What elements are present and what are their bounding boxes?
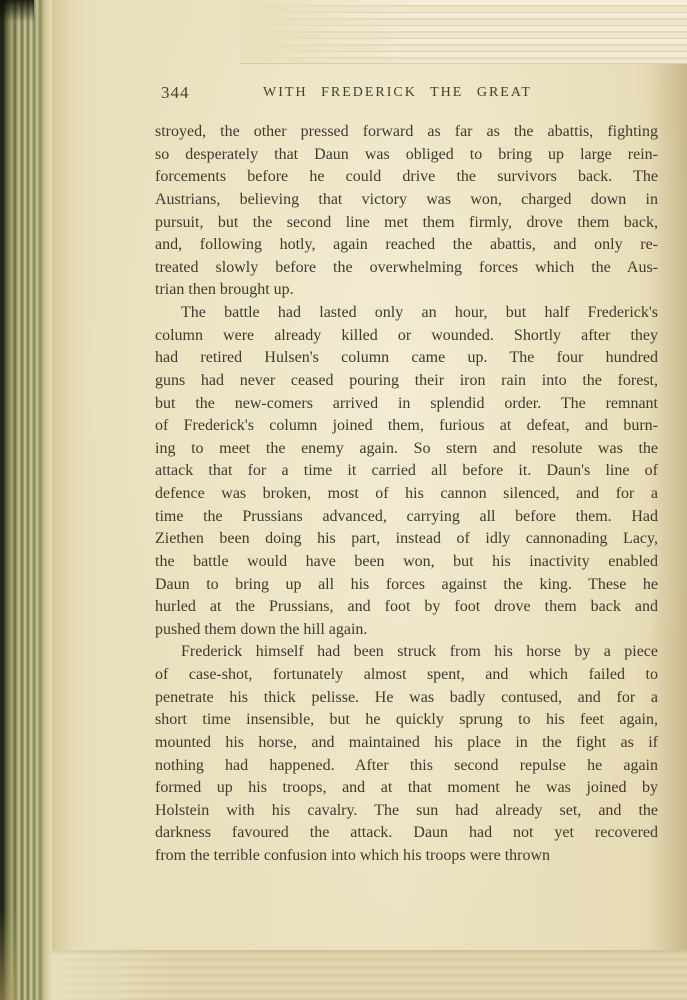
text-line: formed up his troops, and at that moment… (155, 777, 658, 800)
page-stack-bottom-edges (28, 950, 687, 1000)
text-line: time the Prussians advanced, carrying al… (155, 506, 658, 529)
text-line: trian then brought up. (155, 279, 658, 302)
text-line: penetrate his thick pelisse. He was badl… (155, 687, 658, 710)
book-binding-edge (0, 0, 52, 1000)
text-line: Daun to bring up all his forces against … (155, 574, 658, 597)
text-line: so desperately that Daun was obliged to … (155, 144, 658, 167)
running-title: WITH FREDERICK THE GREAT (155, 85, 640, 101)
page-text: stroyed, the other pressed forward as fa… (155, 121, 658, 868)
text-line: nothing had happened. After this second … (155, 755, 658, 778)
text-line: and, following hotly, again reached the … (155, 234, 658, 257)
text-line: pursuit, but the second line met them fi… (155, 212, 658, 235)
text-line: from the terrible confusion into which h… (155, 845, 658, 868)
text-line: Ziethen been doing his part, instead of … (155, 528, 658, 551)
page-header: 344 WITH FREDERICK THE GREAT (155, 83, 658, 103)
text-line: pushed them down the hill again. (155, 619, 658, 642)
text-line: of case-shot, fortunately almost spent, … (155, 664, 658, 687)
text-line: treated slowly before the overwhelming f… (155, 257, 658, 280)
text-line: mounted his horse, and maintained his pl… (155, 732, 658, 755)
text-line: guns had never ceased pouring their iron… (155, 370, 658, 393)
text-line: hurled at the Prussians, and foot by foo… (155, 596, 658, 619)
text-line: The battle had lasted only an hour, but … (155, 302, 658, 325)
text-line: stroyed, the other pressed forward as fa… (155, 121, 658, 144)
text-line: Holstein with his cavalry. The sun had a… (155, 800, 658, 823)
text-line: attack that for a time it carried all be… (155, 460, 658, 483)
text-line: forcements before he could drive the sur… (155, 166, 658, 189)
text-line: ing to meet the enemy again. So stern an… (155, 438, 658, 461)
text-line: defence was broken, most of his cannon s… (155, 483, 658, 506)
text-line: had retired Hulsen's column came up. The… (155, 347, 658, 370)
text-line: short time insensible, but he quickly sp… (155, 709, 658, 732)
text-line: column were already killed or wounded. S… (155, 325, 658, 348)
book-page-scan: 344 WITH FREDERICK THE GREAT stroyed, th… (0, 0, 687, 1000)
text-line: of Frederick's column joined them, furio… (155, 415, 658, 438)
text-line: the battle would have been won, but his … (155, 551, 658, 574)
text-line: Austrians, believing that victory was wo… (155, 189, 658, 212)
text-line: Frederick himself had been struck from h… (155, 641, 658, 664)
page-stack-top-edges (240, 0, 687, 64)
text-line: but the new-comers arrived in splendid o… (155, 393, 658, 416)
text-line: darkness favoured the attack. Daun had n… (155, 822, 658, 845)
